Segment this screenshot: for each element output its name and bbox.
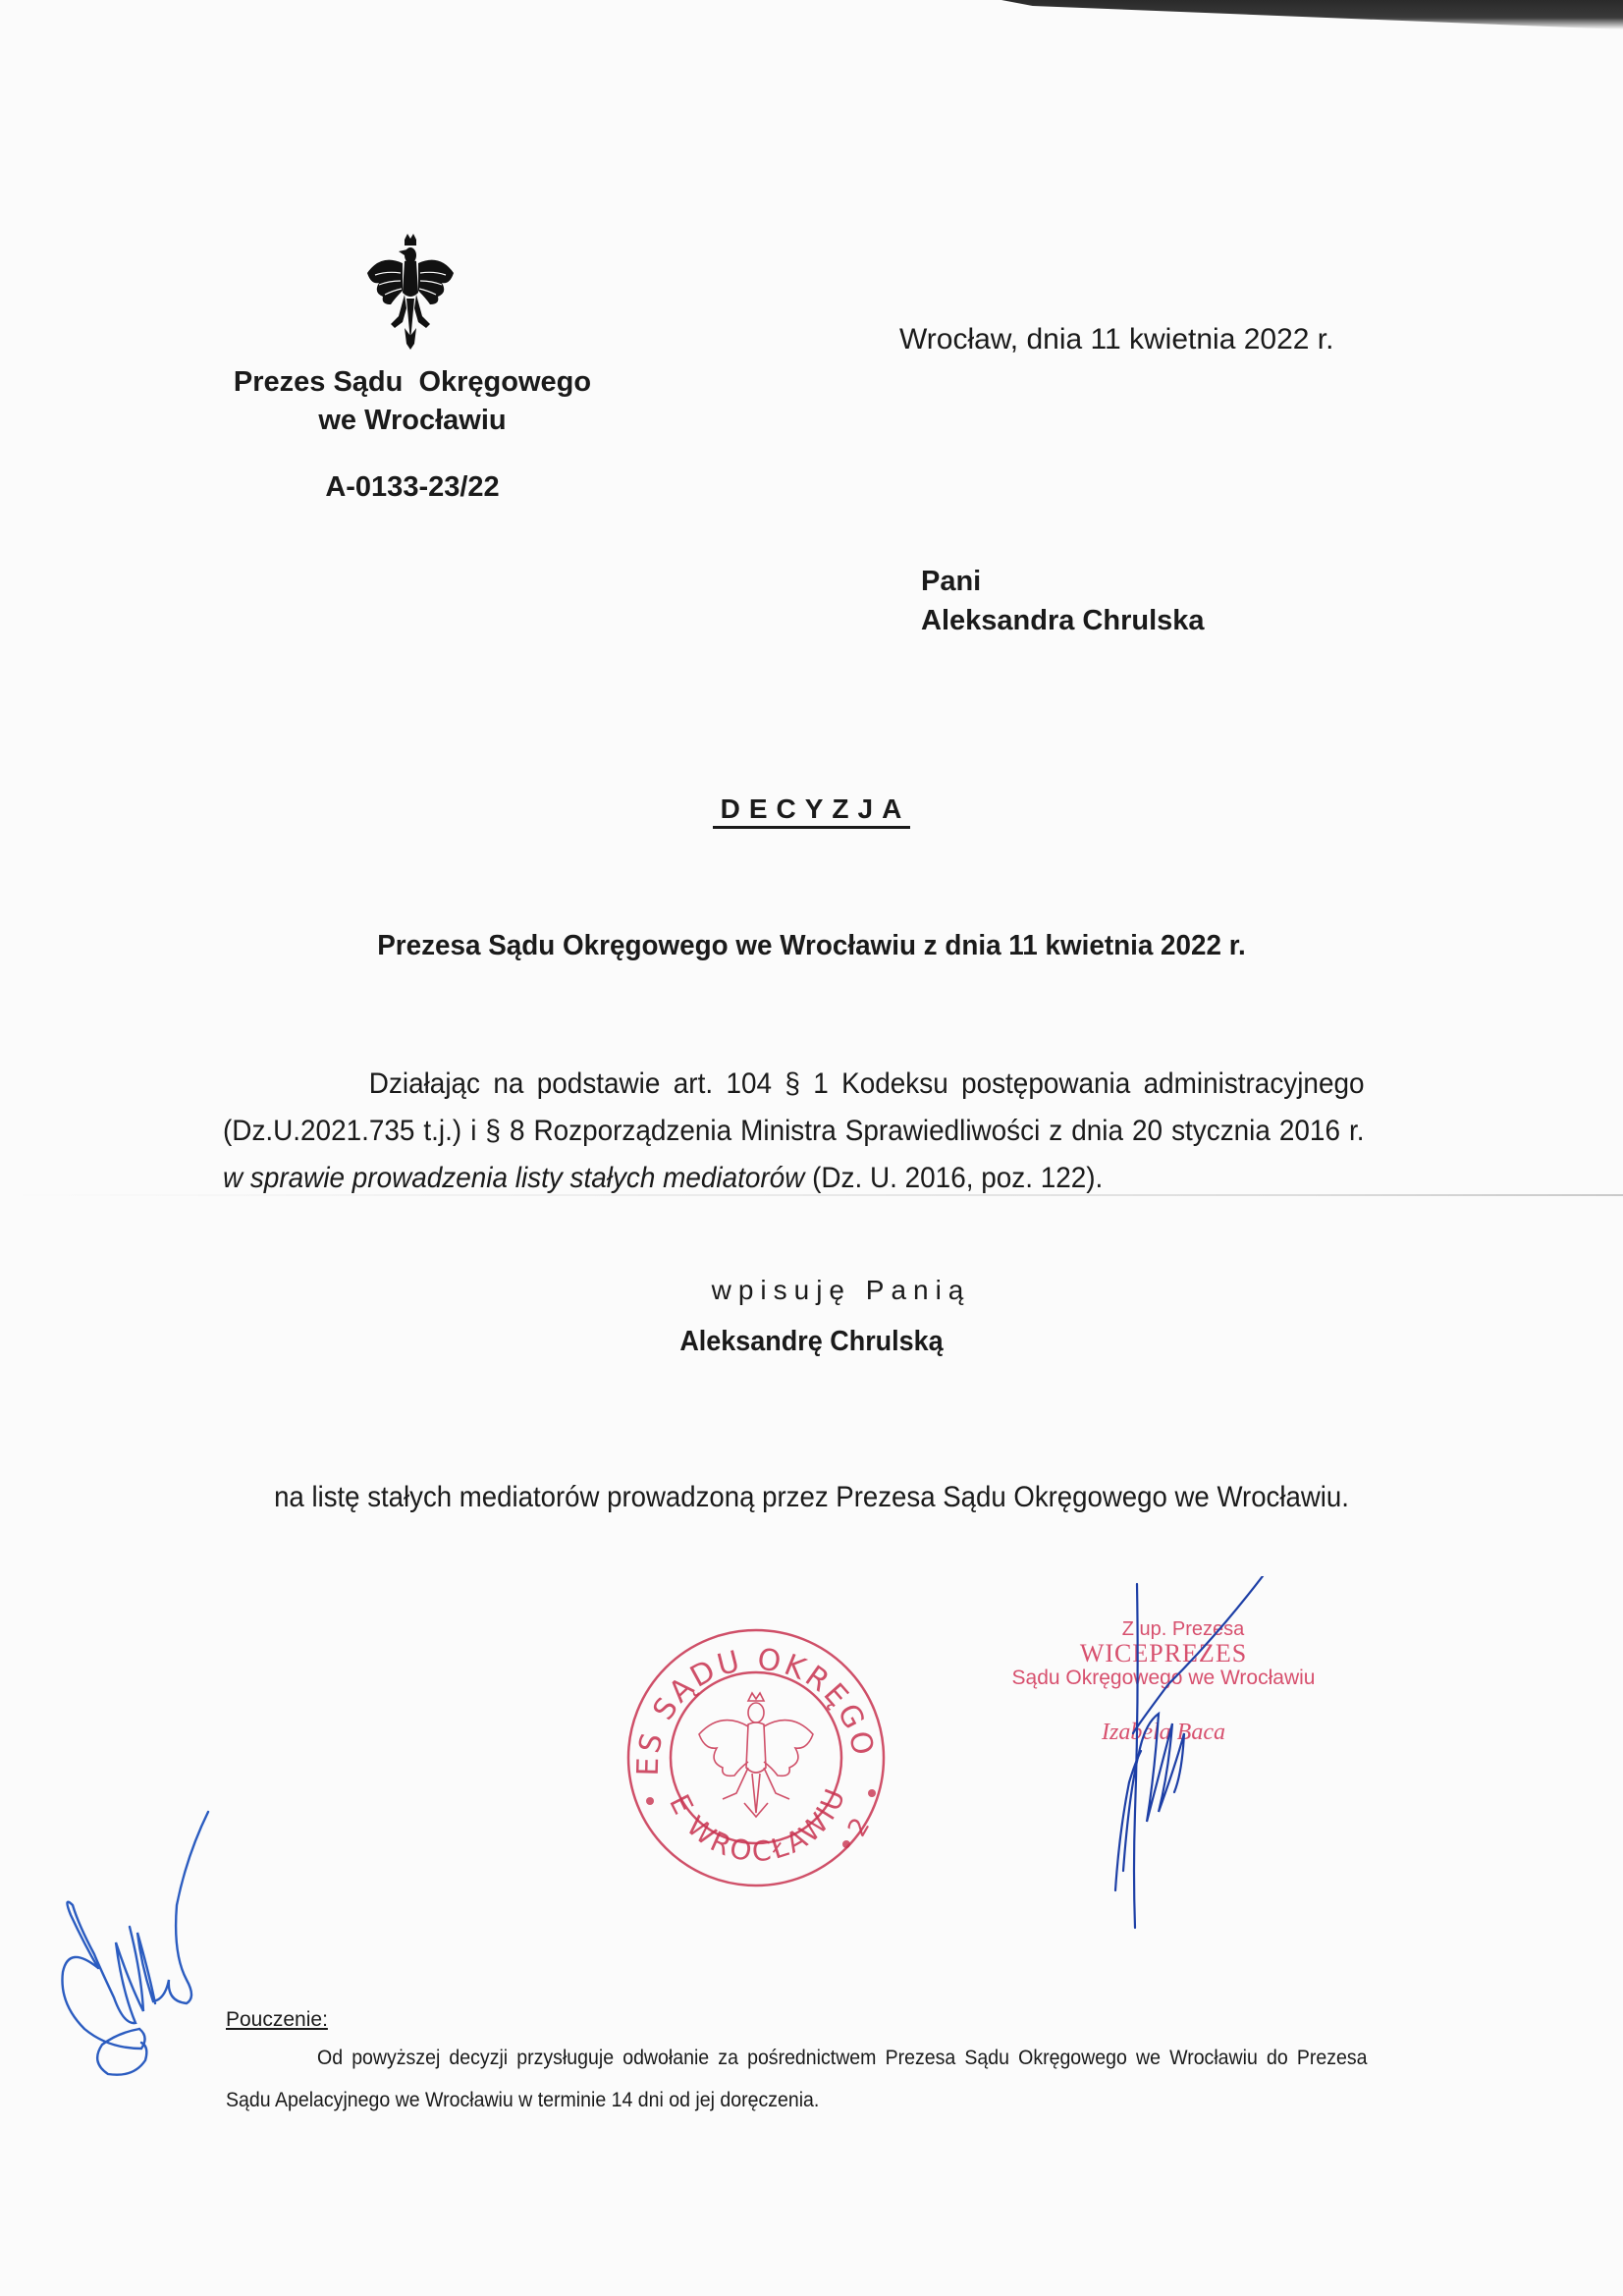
legal-basis-paragraph: Działając na podstawie art. 104 § 1 Kode… xyxy=(223,1061,1365,1202)
issuer-line-1: Prezes Sądu Okręgowego xyxy=(177,363,648,402)
document-title-text: DECYZJA xyxy=(713,793,911,829)
court-seal: PREZES SĄDU OKRĘGOWEGO WE WROCŁAWIU 2 xyxy=(619,1620,893,1895)
document-title: DECYZJA xyxy=(0,793,1623,825)
regulation-title: w sprawie prowadzenia listy stałych medi… xyxy=(223,1162,804,1194)
recipient-block: Pani Aleksandra Chrulska xyxy=(921,562,1205,640)
scan-edge-shadow xyxy=(1001,0,1623,29)
recipient-salutation: Pani xyxy=(921,562,1205,601)
document-subtitle: Prezesa Sądu Okręgowego we Wrocławiu z d… xyxy=(32,930,1591,962)
issuer-block: Prezes Sądu Okręgowego we Wrocławiu xyxy=(177,363,648,440)
recipient-signature xyxy=(39,1797,236,2082)
instruction-paragraph: Od powyższej decyzji przysługuje odwołan… xyxy=(226,2037,1368,2121)
list-statement: na listę stałych mediatorów prowadzoną p… xyxy=(65,1481,1558,1514)
polish-eagle-emblem-icon xyxy=(361,234,460,350)
instruction-heading: Pouczenie: xyxy=(226,2008,328,2032)
operative-phrase: wpisuję Panią xyxy=(0,1275,1623,1306)
instruction-text: Od powyższej decyzji przysługuje odwołan… xyxy=(226,2037,1368,2121)
recipient-name: Aleksandra Chrulska xyxy=(921,601,1205,640)
vice-president-signature xyxy=(1070,1576,1267,1930)
place-date: Wrocław, dnia 11 kwietnia 2022 r. xyxy=(899,323,1333,356)
reference-number: A-0133-23/22 xyxy=(177,471,648,504)
seal-number: 2 xyxy=(842,1813,876,1841)
seal-eagle-icon xyxy=(699,1693,813,1817)
grantee-name: Aleksandrę Chrulską xyxy=(57,1326,1566,1358)
legal-basis-text-2: (Dz. U. 2016, poz. 122). xyxy=(804,1162,1103,1194)
issuer-line-2: we Wrocławiu xyxy=(177,402,648,440)
legal-basis-text-1: Działając na podstawie art. 104 § 1 Kode… xyxy=(223,1067,1365,1147)
